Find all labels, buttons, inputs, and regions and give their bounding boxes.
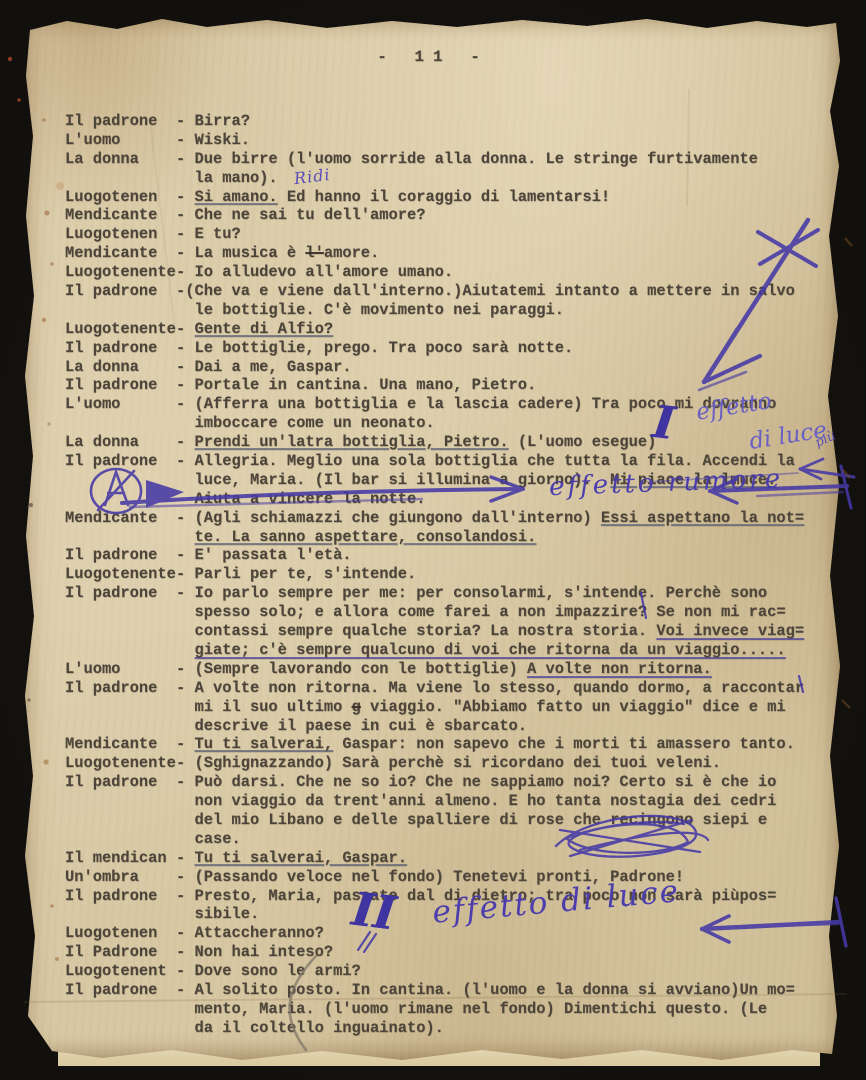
dialogue-text: da il coltello inguainato). [185,1019,444,1037]
dialogue-text: Birra? [185,112,250,130]
speaker-name: Luogotenen [65,188,176,207]
script-line: Il padrone- Allegria. Meglio una sola bo… [65,452,804,471]
dash-separator: - [176,679,185,698]
dialogue-text: Si amano. Ed hanno il coraggio di lament… [185,188,610,206]
speaker-name: Luogotenen [65,225,176,244]
script-line: Il padrone- E' passata l'età. [65,546,804,565]
dash-separator [176,830,185,849]
dialogue-text: Dai a me, Gaspar. [185,358,351,376]
script-line: Mendicante- (Agli schiamazzi che giungon… [65,509,804,528]
speaker-name: Il padrone [65,981,176,1000]
dash-separator [176,641,185,660]
dash-separator: - [176,962,185,981]
script-line: Il padrone- Al solito posto. In cantina.… [65,981,804,1000]
dash-separator: - [176,376,185,395]
dash-separator: - [176,320,185,339]
script-line: Luogotenent- Dove sono le armi? [65,962,804,981]
speaker-name: La donna [65,150,176,169]
dialogue-text: Può darsi. Che ne so io? Che ne sappiamo… [185,773,776,791]
script-line: giate; c'è sempre qualcuno di voi che ri… [65,641,804,660]
script-line: te. La sanno aspettare, consolandosi. [65,528,804,547]
dash-separator: - [176,584,185,603]
dialogue-text: (Passando veloce nel fondo) Tenetevi pro… [185,868,684,886]
dash-separator [176,1000,185,1019]
speaker-name: Mendicante [65,206,176,225]
script-line: Luogotenente- Parli per te, s'intende. [65,565,804,584]
dash-separator: - [176,433,185,452]
dialogue-text: Non hai inteso? [185,943,333,961]
dialogue-text: Presto, Maria, passate dal di dietro; tr… [185,887,776,905]
dash-separator: - [176,773,185,792]
script-line: L'uomo- (Sempre lavorando con le bottigl… [65,660,804,679]
dash-separator: - [176,395,185,414]
script-line: descrive il paese in cui è sbarcato. [65,717,804,736]
speaker-name: Luogotenente [65,565,176,584]
speaker-name: L'uomo [65,131,176,150]
dialogue-text: te. La sanno aspettare, consolandosi. [185,528,536,546]
dialogue-text: Prendi un'latra bottiglia, Pietro. (L'uo… [185,433,656,451]
speaker-name: Mendicante [65,509,176,528]
dash-separator: - [176,660,185,679]
dash-separator [176,1019,185,1038]
speaker-name: L'uomo [65,660,176,679]
script-line: La donna- Due birre (l'uomo sorride alla… [65,150,804,169]
dash-separator [176,811,185,830]
dash-separator [176,301,185,320]
dialogue-text: Io parlo sempre per me: per consolarmi, … [185,584,767,602]
speaker-name: Il padrone [65,339,176,358]
scanned-page-background: - 11 - Il padrone- Birra?L'uomo- Wiski.L… [0,0,866,1080]
dialogue-text: contassi sempre qualche storia? La nostr… [185,622,804,640]
speaker-name: Il padrone [65,376,176,395]
dash-separator: - [176,849,185,868]
script-line: Luogotenente- (Sghignazzando) Sarà perch… [65,754,804,773]
dialogue-text: Portale in cantina. Una mano, Pietro. [185,376,536,394]
dialogue-text: (Che va e viene dall'interno.)Aiutatemi … [185,282,795,300]
dialogue-text: Allegria. Meglio una sola bottiglia che … [185,452,795,470]
dash-separator [176,698,185,717]
script-line: non viaggio da trent'anni almeno. E ho t… [65,792,804,811]
dash-separator [176,717,185,736]
speaker-name: Il Padrone [65,943,176,962]
dash-separator: - [176,244,185,263]
dash-separator: - [176,339,185,358]
dialogue-text: E tu? [185,225,240,243]
speaker-name: Il padrone [65,773,176,792]
dash-separator: - [176,150,185,169]
dash-separator: - [176,943,185,962]
dialogue-text: Aiuta a vincere la notte. [185,490,425,508]
dialogue-text: (Agli schiamazzi che giungono dall'inter… [185,509,804,527]
script-line: spesso solo; e allora come farei a non i… [65,603,804,622]
speaker-name: Il padrone [65,887,176,906]
dialogue-text: Parli per te, s'intende. [185,565,416,583]
dialogue-text: del mio Libano e delle spalliere di rose… [185,811,767,829]
dialogue-text: (Afferra una bottiglia e la lascia cader… [185,395,776,413]
speaker-name: Il padrone [65,452,176,471]
dash-separator: - [176,924,185,943]
dialogue-text: descrive il paese in cui è sbarcato. [185,717,527,735]
dialogue-text: La musica è l'amore. [185,244,379,262]
speaker-name: Il mendican [65,849,176,868]
dash-separator: - [176,754,185,773]
dash-separator [176,471,185,490]
dialogue-text: giate; c'è sempre qualcuno di voi che ri… [185,641,785,659]
script-line: Aiuta a vincere la notte. [65,490,804,509]
script-line: mento, Maria. (l'uomo rimane nel fondo) … [65,1000,804,1019]
dash-separator [176,169,185,188]
dialogue-text: Tu ti salverai, Gaspar. [185,849,407,867]
dash-separator: - [176,112,185,131]
dialogue-text: E' passata l'età. [185,546,351,564]
dialogue-text: (Sghignazzando) Sarà perchè si ricordano… [185,754,721,772]
script-line: L'uomo- (Afferra una bottiglia e la lasc… [65,395,804,414]
dialogue-text: le bottiglie. C'è movimento nei paraggi. [185,301,564,319]
script-line: del mio Libano e delle spalliere di rose… [65,811,804,830]
script-line: L'uomo- Wiski. [65,131,804,150]
speaker-name: Luogotenente [65,263,176,282]
speaker-name: Il padrone [65,282,176,301]
speaker-name: Il padrone [65,112,176,131]
script-line: Il Padrone- Non hai inteso? [65,943,804,962]
dash-separator: - [176,263,185,282]
speaker-name: La donna [65,358,176,377]
dialogue-text: non viaggio da trent'anni almeno. E ho t… [185,792,776,810]
dash-separator [176,528,185,547]
dash-separator: - [176,358,185,377]
script-line: Il padrone- A volte non ritorna. Ma vien… [65,679,804,698]
dash-separator: - [176,509,185,528]
speaker-name: Il padrone [65,679,176,698]
script-line: Il mendican- Tu ti salverai, Gaspar. [65,849,804,868]
dash-separator: - [176,225,185,244]
dash-separator [176,792,185,811]
dialogue-text: Le bottiglie, prego. Tra poco sarà notte… [185,339,573,357]
script-line: Mendicante- La musica è l'amore. [65,244,804,263]
dash-separator [176,603,185,622]
dash-separator: - [176,282,185,301]
script-line: Mendicante- Che ne sai tu dell'amore? [65,206,804,225]
script-line: Mendicante- Tu ti salverai, Gaspar: non … [65,735,804,754]
script-line: luce, Maria. (Il bar si illumina a giorn… [65,471,804,490]
script-line: La donna- Prendi un'latra bottiglia, Pie… [65,433,804,452]
dash-separator [176,905,185,924]
speaker-name: Luogotenente [65,754,176,773]
script-body: Il padrone- Birra?L'uomo- Wiski.La donna… [65,112,804,1038]
dash-separator: - [176,206,185,225]
dialogue-text: Due birre (l'uomo sorride alla donna. Le… [185,150,758,168]
speaker-name: Luogotenente [65,320,176,339]
dialogue-text: Al solito posto. In cantina. (l'uomo e l… [185,981,795,999]
script-line: Il padrone-(Che va e viene dall'interno.… [65,282,804,301]
script-line: Il padrone- Presto, Maria, passate dal d… [65,887,804,906]
dash-separator: - [176,131,185,150]
dash-separator [176,414,185,433]
dash-separator: - [176,546,185,565]
dash-separator: - [176,868,185,887]
dialogue-text: spesso solo; e allora come farei a non i… [185,603,785,621]
dialogue-text: Dove sono le armi? [185,962,360,980]
script-line: imboccare come un neonato. [65,414,804,433]
script-line: Il padrone- Birra? [65,112,804,131]
dialogue-text: A volte non ritorna. Ma viene lo stesso,… [185,679,804,697]
dialogue-text: case. [185,830,240,848]
dialogue-text: luce, Maria. (Il bar si illumina a giorn… [185,471,776,489]
dialogue-text: sibile. [185,905,259,923]
script-line: Luogotenen- E tu? [65,225,804,244]
speaker-name: Luogotenent [65,962,176,981]
dialogue-text: Wiski. [185,131,250,149]
script-line: case. [65,830,804,849]
dialogue-text: mi il suo ultimo g viaggio. "Abbiamo fat… [185,698,785,716]
dash-separator: - [176,735,185,754]
dash-separator [176,490,185,509]
dash-separator: - [176,887,185,906]
script-line: da il coltello inguainato). [65,1019,804,1038]
dialogue-text: Gente di Alfio? [185,320,333,338]
script-line: la mano). [65,169,804,188]
speaker-name: Luogotenen [65,924,176,943]
script-line: Luogotenente- Io alludevo all'amore uman… [65,263,804,282]
dialogue-text: Tu ti salverai, Gaspar: non sapevo che i… [185,735,795,753]
dash-separator [176,622,185,641]
script-line: Il padrone- Può darsi. Che ne so io? Che… [65,773,804,792]
script-line: Il padrone- Io parlo sempre per me: per … [65,584,804,603]
script-line: le bottiglie. C'è movimento nei paraggi. [65,301,804,320]
dash-separator: - [176,565,185,584]
speaker-name: Mendicante [65,244,176,263]
script-line: Il padrone- Le bottiglie, prego. Tra poc… [65,339,804,358]
dash-separator: - [176,188,185,207]
script-line: contassi sempre qualche storia? La nostr… [65,622,804,641]
dialogue-text: Attaccheranno? [185,924,324,942]
speaker-name: Il padrone [65,584,176,603]
script-line: Luogotenente- Gente di Alfio? [65,320,804,339]
script-line: Un'ombra- (Passando veloce nel fondo) Te… [65,868,804,887]
speaker-name: Mendicante [65,735,176,754]
script-line: mi il suo ultimo g viaggio. "Abbiamo fat… [65,698,804,717]
dialogue-text: Che ne sai tu dell'amore? [185,206,425,224]
speaker-name: L'uomo [65,395,176,414]
script-line: sibile. [65,905,804,924]
page-number: - 11 - [22,48,844,66]
dialogue-text: mento, Maria. (l'uomo rimane nel fondo) … [185,1000,767,1018]
speaker-name: La donna [65,433,176,452]
dialogue-text: (Sempre lavorando con le bottiglie) A vo… [185,660,711,678]
speaker-name: Il padrone [65,546,176,565]
script-line: La donna- Dai a me, Gaspar. [65,358,804,377]
dash-separator: - [176,452,185,471]
dash-separator: - [176,981,185,1000]
script-line: Luogotenen- Si amano. Ed hanno il coragg… [65,188,804,207]
dialogue-text: la mano). [185,169,277,187]
speaker-name: Un'ombra [65,868,176,887]
script-line: Luogotenen- Attaccheranno? [65,924,804,943]
script-line: Il padrone- Portale in cantina. Una mano… [65,376,804,395]
dialogue-text: Io alludevo all'amore umano. [185,263,453,281]
dialogue-text: imboccare come un neonato. [185,414,434,432]
